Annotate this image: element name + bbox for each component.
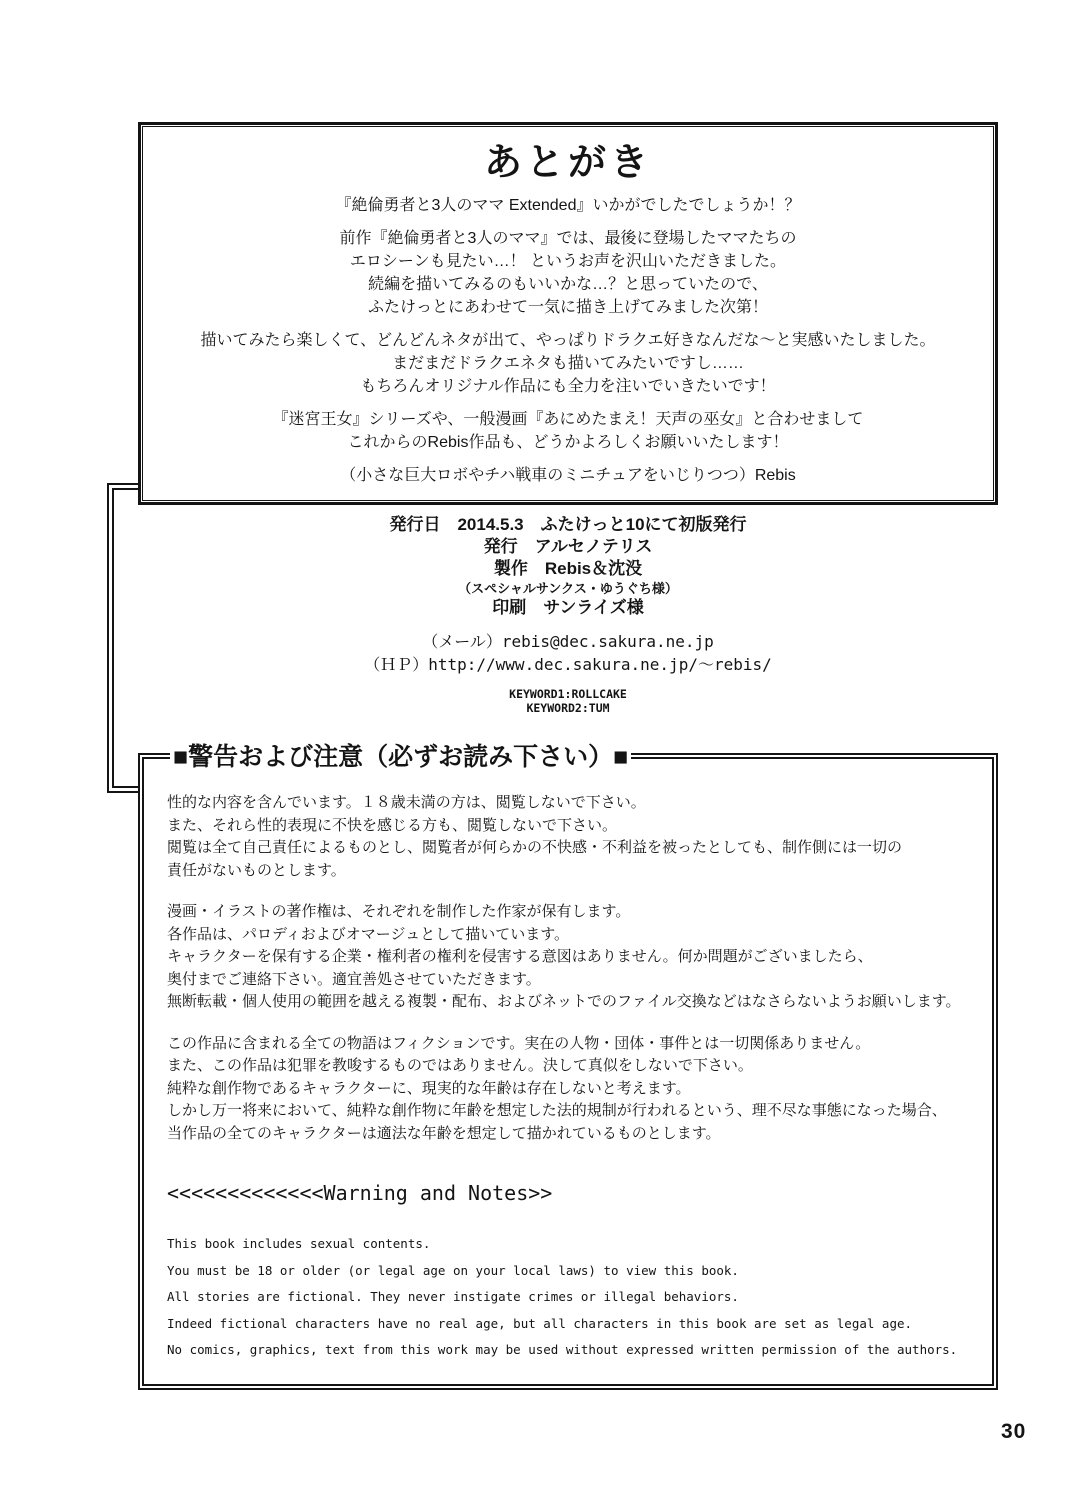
warning-paragraph-3: この作品に含まれる全ての物語はフィクションです。実在の人物・団体・事件とは一切関… (167, 1033, 981, 1146)
warning-header: ■警告および注意（必ずお読み下さい）■ (170, 742, 631, 772)
afterword-paragraph-1: 『絶倫勇者と3人のママ Extended』いかがでしたでしょうか！？ (163, 194, 973, 217)
afterword-box: あとがき 『絶倫勇者と3人のママ Extended』いかがでしたでしょうか！？ … (138, 122, 998, 505)
afterword-title: あとがき (163, 141, 973, 185)
frame-connector-bracket (107, 483, 139, 793)
colophon-special-thanks: （スペシャルサンクス・ゆうぐち様） (138, 580, 998, 597)
warning-paragraph-1: 性的な内容を含んでいます。１８歳未満の方は、閲覧しないで下さい。 また、それら性… (167, 792, 981, 882)
colophon-contact-lines: （メール）rebis@dec.sakura.ne.jp （ＨＰ）http://w… (138, 630, 998, 676)
warning-box-inner-frame: 性的な内容を含んでいます。１８歳未満の方は、閲覧しないで下さい。 また、それら性… (142, 757, 994, 1386)
afterword-paragraph-2: 前作『絶倫勇者と3人のママ』では、最後に登場したママたちの エロシーンも見たい…… (163, 227, 973, 319)
warning-paragraph-2: 漫画・イラストの著作権は、それぞれを制作した作家が保有します。 各作品は、パロデ… (167, 901, 981, 1014)
colophon-printer: 印刷 サンライズ様 (138, 597, 998, 619)
afterword-signature: （小さな巨大ロボやチハ戦車のミニチュアをいじりつつ）Rebis (163, 464, 973, 487)
warning-english-header: <<<<<<<<<<<<<Warning and Notes>> (167, 1181, 981, 1205)
warning-box: 性的な内容を含んでいます。１８歳未満の方は、閲覧しないで下さい。 また、それら性… (138, 753, 998, 1390)
colophon-publication-lines: 発行日 2014.5.3 ふたけっと10にて初版発行 発行 アルセノテリス 製作… (138, 514, 998, 580)
colophon: 発行日 2014.5.3 ふたけっと10にて初版発行 発行 アルセノテリス 製作… (138, 514, 998, 715)
afterword-paragraph-3: 描いてみたら楽しくて、どんどんネタが出て、やっぱりドラクエ好きなんだな～と実感い… (163, 329, 973, 398)
page-number: 30 (1001, 1420, 1026, 1444)
doujinshi-afterword-page: あとがき 『絶倫勇者と3人のママ Extended』いかがでしたでしょうか！？ … (0, 0, 1080, 1510)
colophon-keywords: KEYWORD1:ROLLCAKE KEYWORD2:TUM (138, 687, 998, 715)
afterword-paragraph-4: 『迷宮王女』シリーズや、一般漫画『あにめたまえ！天声の巫女』と合わせまして これ… (163, 408, 973, 454)
afterword-box-inner-frame: あとがき 『絶倫勇者と3人のママ Extended』いかがでしたでしょうか！？ … (142, 126, 994, 501)
warning-english-lines: This book includes sexual contents. You … (167, 1231, 981, 1364)
